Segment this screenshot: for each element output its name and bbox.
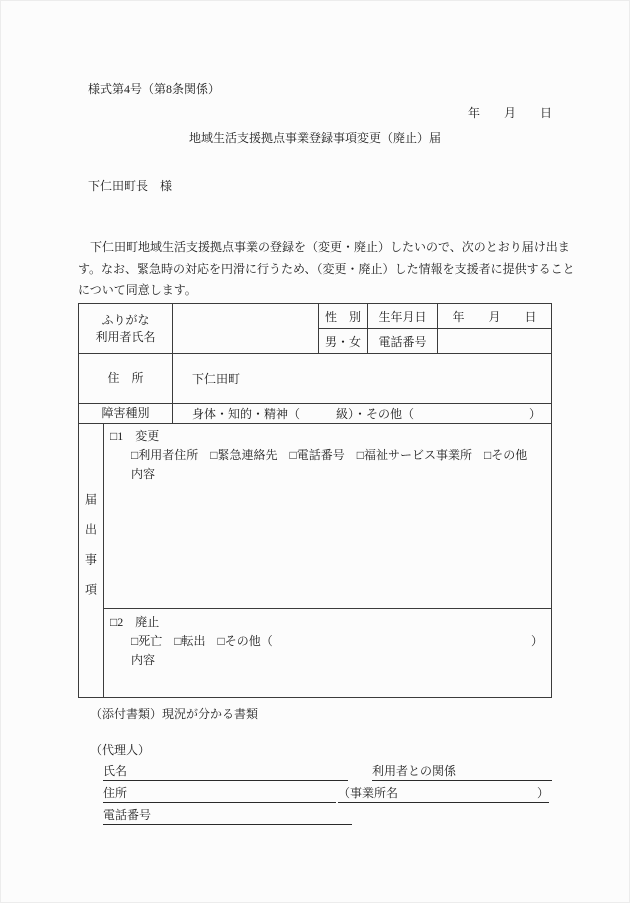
address-value-cell[interactable]: 下仁田町 (173, 354, 551, 403)
intro-line: について同意します。 (78, 280, 558, 302)
change-content-label: 内容 (131, 465, 543, 484)
table-row-address: 住 所 下仁田町 (79, 353, 551, 403)
sex-column: 性 別 男・女 (319, 304, 368, 353)
sex-label: 性 別 (319, 304, 367, 329)
agent-relation-label: 利用者との関係 (372, 764, 456, 778)
table-row-name: ふりがな 利用者氏名 性 別 男・女 生年月日 電話番号 年 月 日 (79, 304, 551, 353)
notification-items-label: 届出事項 (83, 493, 100, 613)
birthdate-value-cell[interactable]: 年 月 日 (438, 304, 551, 329)
agent-phone-label: 電話番号 (103, 808, 151, 822)
abolition-heading-checkbox-line[interactable]: □2 廃止 (110, 613, 543, 632)
agent-heading: （代理人） (90, 742, 150, 758)
abolition-options: □死亡 □転出 □その他（ (131, 632, 273, 651)
name-label-cell: ふりがな 利用者氏名 (79, 304, 173, 353)
birthdate-phone-label-column: 生年月日 電話番号 (368, 304, 438, 353)
change-heading-checkbox-line[interactable]: □1 変更 (110, 427, 543, 446)
table-row-disability: 障害種別 身体・知的・精神（ 級）・その他（ ） (79, 403, 551, 423)
address-label: 住 所 (79, 354, 173, 403)
change-options-checkbox-line[interactable]: □利用者住所 □緊急連絡先 □電話番号 □福祉サービス事業所 □その他 (131, 446, 543, 465)
disability-options: 身体・知的・精神（ 級）・その他（ (192, 405, 414, 422)
agent-office-field[interactable]: （事業所名 ） (338, 784, 549, 803)
date-line: 年 月 日 (300, 105, 552, 121)
document-page: 様式第4号（第8条関係） 年 月 日 地域生活支援拠点事業登録事項変更（廃止）届… (0, 0, 630, 903)
form-number: 様式第4号（第8条関係） (88, 81, 220, 97)
birthdate-phone-value-column: 年 月 日 (438, 304, 551, 353)
phone-label: 電話番号 (368, 329, 437, 353)
intro-paragraph: 下仁田町地域生活支援拠点事業の登録を（変更・廃止）したいので、次のとおり届け出ま… (78, 237, 558, 302)
furigana-label: ふりがな (101, 312, 149, 329)
intro-line: 下仁田町地域生活支援拠点事業の登録を（変更・廃止）したいので、次のとおり届け出ま (78, 237, 558, 259)
agent-name-field[interactable]: 氏名 (103, 762, 348, 781)
agent-office-label: （事業所名 (338, 784, 398, 802)
change-section: □1 変更 □利用者住所 □緊急連絡先 □電話番号 □福祉サービス事業所 □その… (104, 424, 551, 609)
agent-office-close-paren: ） (537, 784, 549, 802)
agent-phone-field[interactable]: 電話番号 (103, 806, 352, 825)
registration-table: ふりがな 利用者氏名 性 別 男・女 生年月日 電話番号 年 月 日 住 所 下… (78, 303, 552, 698)
attachments-note: （添付書類）現況が分かる書類 (90, 706, 258, 722)
agent-address-field[interactable]: 住所 (103, 784, 336, 803)
birthdate-label: 生年月日 (368, 304, 437, 329)
abolition-options-checkbox-line[interactable]: □死亡 □転出 □その他（ ） (131, 632, 543, 651)
intro-line: す。なお、緊急時の対応を円滑に行うため、（変更・廃止）した情報を支援者に提供する… (78, 259, 558, 281)
disability-options-cell[interactable]: 身体・知的・精神（ 級）・その他（ ） (173, 404, 551, 423)
agent-name-label: 氏名 (103, 764, 127, 778)
agent-relation-field[interactable]: 利用者との関係 (372, 762, 552, 781)
abolition-blank (273, 632, 531, 651)
abolition-close-paren: ） (531, 632, 543, 651)
table-row-notification-items: 届出事項 □1 変更 □利用者住所 □緊急連絡先 □電話番号 □福祉サービス事業… (79, 423, 551, 697)
user-name-input-cell[interactable] (173, 304, 319, 353)
sex-options[interactable]: 男・女 (319, 329, 367, 353)
agent-address-label: 住所 (103, 786, 127, 800)
disability-close-paren: ） (529, 405, 541, 422)
abolition-content-label: 内容 (131, 651, 543, 670)
notification-items-label-cell: 届出事項 (79, 424, 104, 697)
abolition-section: □2 廃止 □死亡 □転出 □その他（ ） 内容 (104, 609, 551, 697)
user-name-label: 利用者氏名 (95, 329, 155, 346)
disability-label: 障害種別 (79, 404, 173, 423)
page-title: 地域生活支援拠点事業登録事項変更（廃止）届 (0, 130, 630, 146)
phone-value-cell[interactable] (438, 329, 551, 353)
notification-sections: □1 変更 □利用者住所 □緊急連絡先 □電話番号 □福祉サービス事業所 □その… (104, 424, 551, 697)
addressee: 下仁田町長 様 (88, 178, 172, 194)
